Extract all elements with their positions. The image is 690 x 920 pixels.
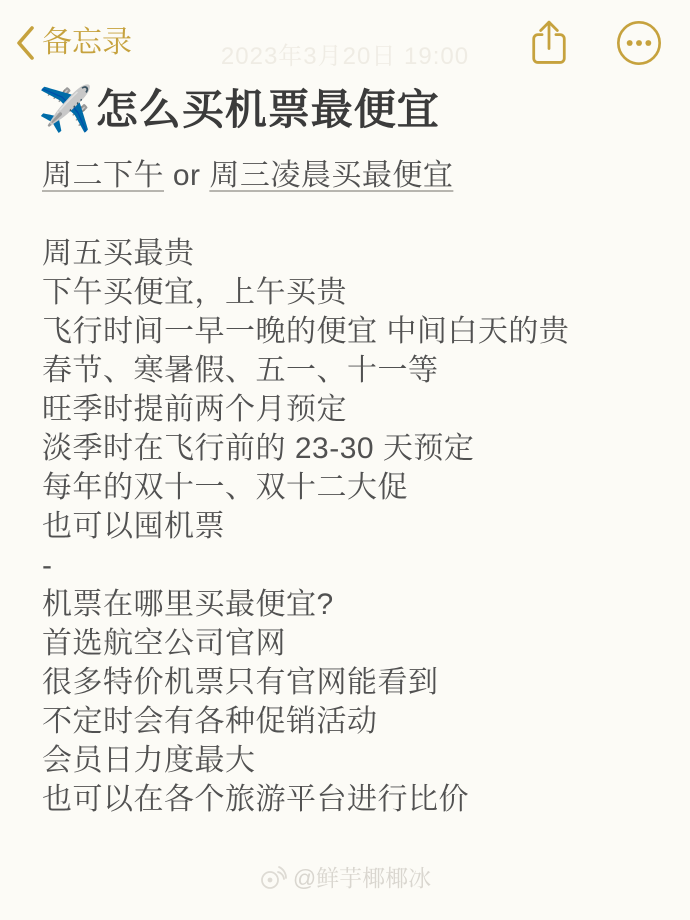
share-button[interactable] xyxy=(524,18,574,68)
note-line: 周五买最贵 xyxy=(42,234,654,273)
share-arrow-up-icon xyxy=(528,18,570,68)
back-button-label: 备忘录 xyxy=(42,26,132,60)
note-line: 不定时会有各种促销活动 xyxy=(42,702,654,741)
note-line: 飞行时间一早一晚的便宜 中间白天的贵 xyxy=(42,312,654,351)
note-line: 很多特价机票只有官网能看到 xyxy=(42,663,654,702)
note-title: ✈️ 怎么买机票最便宜 xyxy=(38,84,654,136)
note-line: 也可以囤机票 xyxy=(42,507,654,546)
note-line: 会员日力度最大 xyxy=(42,741,654,780)
airplane-emoji-icon: ✈️ xyxy=(38,84,94,136)
note-title-text: 怎么买机票最便宜 xyxy=(96,84,440,136)
top-navigation-bar: 备忘录 xyxy=(0,0,690,72)
back-to-notes-button[interactable]: 备忘录 xyxy=(14,25,132,61)
note-line: 每年的双十一、双十二大促 xyxy=(42,468,654,507)
note-body: 周二下午 or 周三凌晨买最便宜 周五买最贵 下午买便宜，上午买贵 飞行时间一早… xyxy=(42,156,654,819)
note-lines: 周五买最贵 下午买便宜，上午买贵 飞行时间一早一晚的便宜 中间白天的贵 春节、寒… xyxy=(42,234,654,819)
note-line: 首选航空公司官网 xyxy=(42,624,654,663)
note-line: - xyxy=(42,546,654,585)
underlined-text: 周二下午 xyxy=(42,159,164,192)
note-line: 淡季时在飞行前的 23-30 天预定 xyxy=(42,429,654,468)
note-line: 也可以在各个旅游平台进行比价 xyxy=(42,780,654,819)
chevron-left-icon xyxy=(14,25,36,61)
weibo-logo-icon xyxy=(259,864,287,890)
note-line: 旺季时提前两个月预定 xyxy=(42,390,654,429)
more-options-button[interactable] xyxy=(614,18,664,68)
note-line-first: 周二下午 or 周三凌晨买最便宜 xyxy=(42,156,654,234)
watermark-text: @鲜芋椰椰冰 xyxy=(293,860,431,893)
ellipsis-circle-icon xyxy=(615,19,663,67)
notes-app-screen: 备忘录 2023年3月20日 19:00 xyxy=(0,0,690,920)
note-editor[interactable]: ✈️ 怎么买机票最便宜 周二下午 or 周三凌晨买最便宜 周五买最贵 下午买便宜… xyxy=(42,84,654,819)
note-line: 下午买便宜，上午买贵 xyxy=(42,273,654,312)
plain-text: or xyxy=(164,159,209,192)
underlined-text: 周三凌晨买最便宜 xyxy=(209,159,453,192)
note-line: 机票在哪里买最便宜? xyxy=(42,585,654,624)
note-line: 春节、寒暑假、五一、十一等 xyxy=(42,351,654,390)
watermark: @鲜芋椰椰冰 xyxy=(0,860,690,893)
